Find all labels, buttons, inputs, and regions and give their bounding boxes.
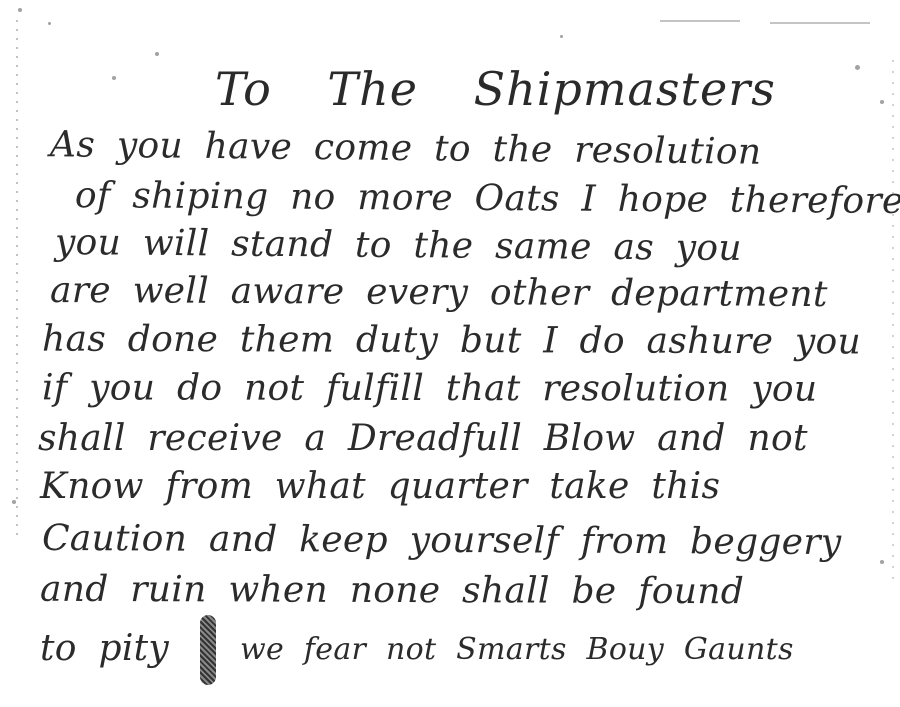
scan-speckle — [880, 560, 884, 564]
scan-edge-right — [892, 60, 894, 580]
letter-line: Know from what quarter take this — [40, 466, 720, 507]
letter-page: To The Shipmasters As you have come to t… — [0, 0, 900, 707]
scan-speckle — [18, 8, 22, 12]
closing-line: we fear not Smarts Bouy Gaunts — [240, 632, 794, 667]
letter-line: to pity — [40, 628, 169, 669]
scan-speckle — [155, 52, 159, 56]
scan-edge-left — [16, 20, 18, 540]
letter-line: and ruin when none shall be found — [40, 569, 744, 612]
scan-speckle — [560, 35, 563, 38]
scan-speckle — [12, 500, 16, 504]
letter-line: of shiping no more Oats I hope therefore — [75, 175, 900, 222]
salutation: To The Shipmasters — [215, 62, 776, 116]
scan-streak — [660, 20, 740, 22]
letter-line: if you do not fulfill that resolution yo… — [42, 367, 817, 409]
letter-line: you will stand to the same as you — [55, 222, 742, 269]
scan-speckle — [880, 100, 884, 104]
closing-mark — [200, 615, 216, 685]
letter-line: shall receive a Dreadfull Blow and not — [38, 418, 808, 459]
scan-speckle — [48, 22, 51, 25]
scan-speckle — [112, 76, 116, 80]
scan-streak — [770, 22, 870, 24]
letter-line: has done them duty but I do ashure you — [42, 319, 861, 363]
letter-line: As you have come to the resolution — [50, 124, 762, 172]
letter-line: are well aware every other department — [50, 270, 828, 315]
letter-line: Caution and keep yourself from beggery — [42, 518, 842, 563]
scan-speckle — [855, 65, 860, 70]
